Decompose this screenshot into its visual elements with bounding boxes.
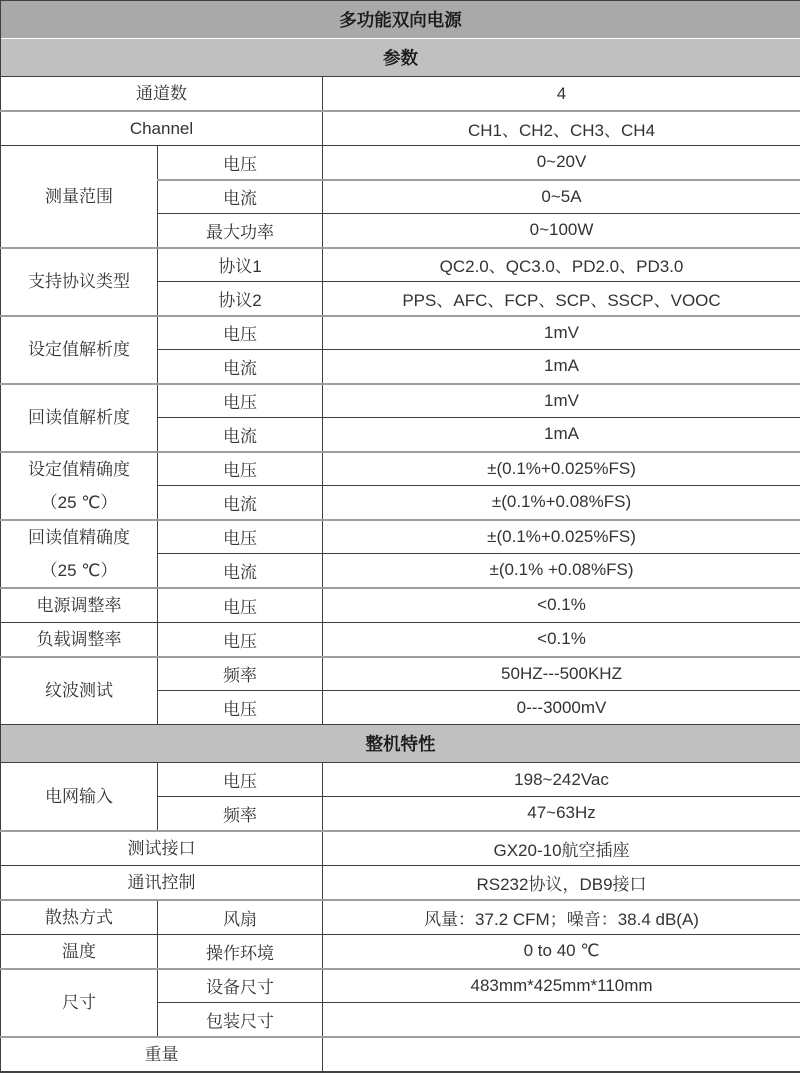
page-title: 多功能双向电源 — [1, 1, 800, 39]
row-sublabel: 最大功率 — [158, 214, 323, 248]
row-value: 1mV — [323, 316, 800, 350]
row-group-label: 电源调整率 — [1, 588, 158, 623]
row-value: 198~242Vac — [323, 763, 800, 797]
row-label: 测试接口 — [1, 831, 323, 866]
row-value: 0~100W — [323, 214, 800, 248]
row-value: 1mV — [323, 384, 800, 418]
row-value: RS232协议，DB9接口 — [323, 865, 800, 900]
row-group-label: 温度 — [1, 934, 158, 969]
row-value — [323, 1037, 800, 1072]
row-sublabel: 包装尺寸 — [158, 1003, 323, 1037]
row-value: GX20-10航空插座 — [323, 831, 800, 866]
row-label: 通讯控制 — [1, 865, 323, 900]
table-row: 支持协议类型 协议1 QC2.0、QC3.0、PD2.0、PD3.0 — [1, 248, 800, 282]
row-sublabel: 电流 — [158, 350, 323, 384]
row-value: <0.1% — [323, 588, 800, 623]
row-value: CH1、CH2、CH3、CH4 — [323, 111, 800, 146]
row-value: PPS、AFC、FCP、SCP、SSCP、VOOC — [323, 282, 800, 316]
row-value: QC2.0、QC3.0、PD2.0、PD3.0 — [323, 248, 800, 282]
table-row: 电网输入 电压 198~242Vac — [1, 763, 800, 797]
row-value: 483mm*425mm*110mm — [323, 969, 800, 1003]
row-sublabel: 电压 — [158, 316, 323, 350]
section-header-row-machine: 整机特性 — [1, 725, 800, 763]
table-row: 纹波测试 频率 50HZ---500KHZ — [1, 657, 800, 691]
table-row: 回读值精确度 （25 ℃） 电压 ±(0.1%+0.025%FS) — [1, 520, 800, 554]
row-sublabel: 电压 — [158, 520, 323, 554]
row-sublabel: 电压 — [158, 384, 323, 418]
row-label: 通道数 — [1, 77, 323, 112]
row-sublabel: 电压 — [158, 452, 323, 486]
row-value: 1mA — [323, 418, 800, 452]
table-row: 设定值精确度 （25 ℃） 电压 ±(0.1%+0.025%FS) — [1, 452, 800, 486]
row-sublabel: 电流 — [158, 486, 323, 520]
row-value: 0~20V — [323, 146, 800, 180]
row-label: 重量 — [1, 1037, 323, 1072]
table-row: 通道数 4 — [1, 77, 800, 112]
row-sublabel: 风扇 — [158, 900, 323, 935]
table-row: 测量范围 电压 0~20V — [1, 146, 800, 180]
row-sublabel: 协议1 — [158, 248, 323, 282]
row-sublabel: 电压 — [158, 146, 323, 180]
row-sublabel: 电流 — [158, 554, 323, 588]
table-row: 负载调整率 电压 <0.1% — [1, 622, 800, 657]
row-sublabel: 电压 — [158, 691, 323, 725]
row-value: ±(0.1%+0.08%FS) — [323, 486, 800, 520]
row-value: ±(0.1%+0.025%FS) — [323, 520, 800, 554]
row-label: Channel — [1, 111, 323, 146]
row-group-label: 纹波测试 — [1, 657, 158, 725]
spec-table: 多功能双向电源 参数 通道数 4 Channel CH1、CH2、CH3、CH4… — [0, 0, 800, 1073]
section-header: 整机特性 — [1, 725, 800, 763]
table-row: 回读值解析度 电压 1mV — [1, 384, 800, 418]
row-group-label: 测量范围 — [1, 146, 158, 248]
table-row: 温度 操作环境 0 to 40 ℃ — [1, 934, 800, 969]
row-sublabel: 电流 — [158, 418, 323, 452]
row-value: 0~5A — [323, 180, 800, 214]
row-group-label: 设定值解析度 — [1, 316, 158, 384]
row-value: 4 — [323, 77, 800, 112]
row-sublabel: 操作环境 — [158, 934, 323, 969]
row-group-label: 电网输入 — [1, 763, 158, 831]
table-row: 电源调整率 电压 <0.1% — [1, 588, 800, 623]
row-value: 0---3000mV — [323, 691, 800, 725]
row-sublabel: 频率 — [158, 657, 323, 691]
table-row: 设定值解析度 电压 1mV — [1, 316, 800, 350]
row-value: <0.1% — [323, 622, 800, 657]
row-value: 50HZ---500KHZ — [323, 657, 800, 691]
table-title-row: 多功能双向电源 — [1, 1, 800, 39]
row-sublabel: 协议2 — [158, 282, 323, 316]
row-value: 风量：37.2 CFM；噪音：38.4 dB(A) — [323, 900, 800, 935]
table-row: 重量 — [1, 1037, 800, 1072]
row-value — [323, 1003, 800, 1037]
row-value: 0 to 40 ℃ — [323, 934, 800, 969]
row-group-label: 散热方式 — [1, 900, 158, 935]
row-sublabel: 电压 — [158, 622, 323, 657]
row-value: 1mA — [323, 350, 800, 384]
row-group-label: 回读值解析度 — [1, 384, 158, 452]
table-row: 尺寸 设备尺寸 483mm*425mm*110mm — [1, 969, 800, 1003]
row-value: ±(0.1% +0.08%FS) — [323, 554, 800, 588]
row-sublabel: 设备尺寸 — [158, 969, 323, 1003]
row-sublabel: 电压 — [158, 763, 323, 797]
row-group-label: 回读值精确度 （25 ℃） — [1, 520, 158, 588]
row-sublabel: 电压 — [158, 588, 323, 623]
table-row: 测试接口 GX20-10航空插座 — [1, 831, 800, 866]
section-header: 参数 — [1, 39, 800, 77]
row-group-label: 负载调整率 — [1, 622, 158, 657]
row-sublabel: 频率 — [158, 797, 323, 831]
row-group-label: 支持协议类型 — [1, 248, 158, 316]
section-header-row-params: 参数 — [1, 39, 800, 77]
row-group-label: 尺寸 — [1, 969, 158, 1037]
table-row: Channel CH1、CH2、CH3、CH4 — [1, 111, 800, 146]
row-value: 47~63Hz — [323, 797, 800, 831]
table-row: 通讯控制 RS232协议，DB9接口 — [1, 865, 800, 900]
row-group-label: 设定值精确度 （25 ℃） — [1, 452, 158, 520]
row-sublabel: 电流 — [158, 180, 323, 214]
row-value: ±(0.1%+0.025%FS) — [323, 452, 800, 486]
table-row: 散热方式 风扇 风量：37.2 CFM；噪音：38.4 dB(A) — [1, 900, 800, 935]
